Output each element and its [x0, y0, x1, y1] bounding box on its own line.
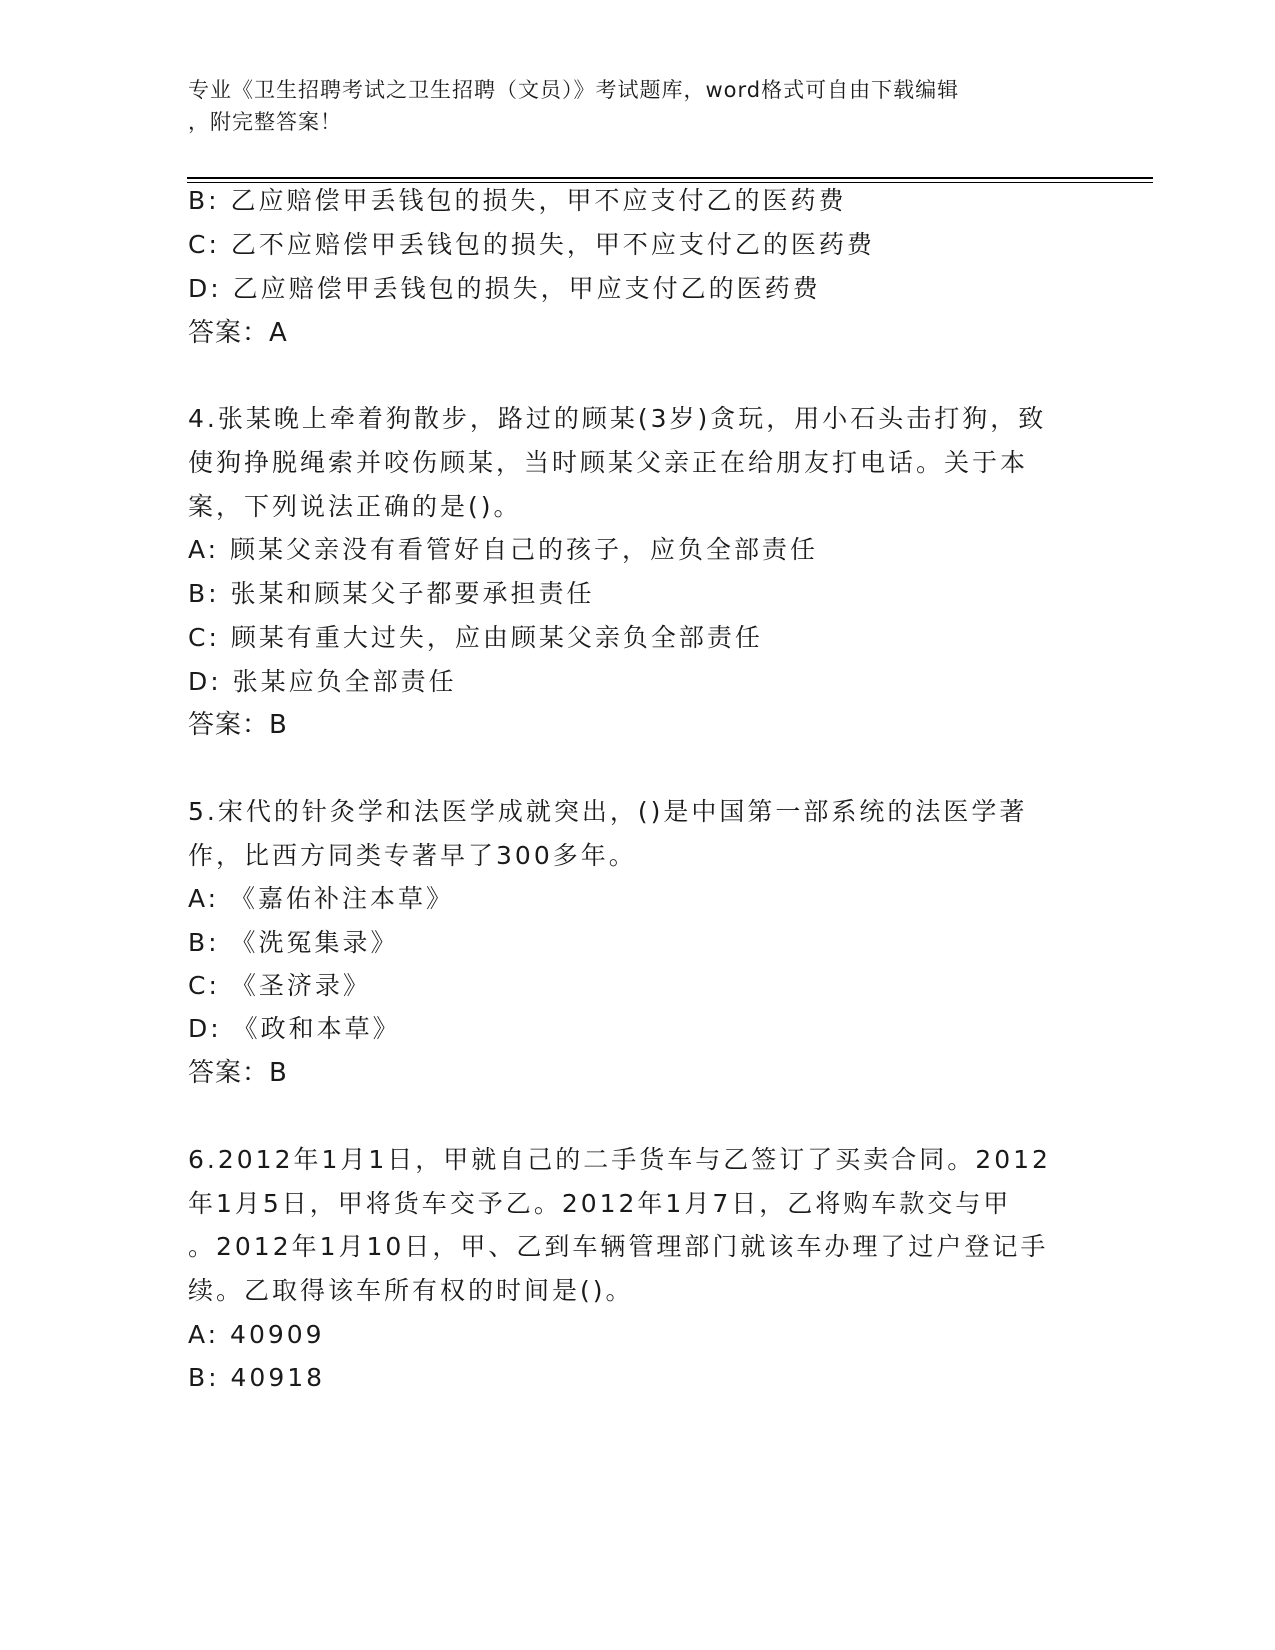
- q6-stem-line-4: 续。乙取得该车所有权的时间是()。: [188, 1275, 634, 1307]
- q5-answer: 答案：B: [188, 1057, 288, 1089]
- q6-option-b: B: 40918: [188, 1362, 325, 1394]
- header-rule-thick: [187, 177, 1153, 179]
- q4-option-b: B: 张某和顾某父子都要承担责任: [188, 578, 595, 610]
- q6-option-a: A: 40909: [188, 1319, 325, 1351]
- q5-option-a: A: 《嘉佑补注本草》: [188, 883, 454, 915]
- q3-option-c: C: 乙不应赔偿甲丢钱包的损失，甲不应支付乙的医药费: [188, 229, 875, 261]
- q3-option-b: B: 乙应赔偿甲丢钱包的损失，甲不应支付乙的医药费: [188, 185, 847, 217]
- q4-option-c: C: 顾某有重大过失，应由顾某父亲负全部责任: [188, 622, 763, 654]
- q6-stem-line-2: 年1月5日，甲将货车交予乙。2012年1月7日，乙将购车款交与甲: [188, 1188, 1011, 1220]
- header-line-2: ，附完整答案！: [188, 106, 1068, 138]
- q5-option-c: C: 《圣济录》: [188, 970, 371, 1002]
- q5-option-d: D: 《政和本草》: [188, 1013, 401, 1045]
- header-rule-thin: [187, 182, 1153, 183]
- document-header: 专业《卫生招聘考试之卫生招聘（文员）》考试题库，word格式可自由下载编辑 ，附…: [188, 74, 1068, 138]
- q3-option-d: D: 乙应赔偿甲丢钱包的损失，甲应支付乙的医药费: [188, 273, 821, 305]
- q4-answer: 答案：B: [188, 709, 288, 741]
- q6-stem-line-1: 6.2012年1月1日，甲就自己的二手货车与乙签订了买卖合同。2012: [188, 1144, 1051, 1176]
- q4-stem-line-3: 案，下列说法正确的是()。: [188, 491, 522, 523]
- q4-option-a: A: 顾某父亲没有看管好自己的孩子，应负全部责任: [188, 534, 818, 566]
- q4-stem-line-1: 4.张某晚上牵着狗散步，路过的顾某(3岁)贪玩，用小石头击打狗，致: [188, 403, 1046, 435]
- q3-answer: 答案：A: [188, 317, 288, 349]
- q4-option-d: D: 张某应负全部责任: [188, 666, 457, 698]
- q5-option-b: B: 《洗冤集录》: [188, 927, 399, 959]
- header-line-1: 专业《卫生招聘考试之卫生招聘（文员）》考试题库，word格式可自由下载编辑: [188, 74, 1068, 106]
- q4-stem-line-2: 使狗挣脱绳索并咬伤顾某，当时顾某父亲正在给朋友打电话。关于本: [188, 447, 1028, 479]
- q5-stem-line-2: 作，比西方同类专著早了300多年。: [188, 840, 637, 872]
- q5-stem-line-1: 5.宋代的针灸学和法医学成就突出，()是中国第一部系统的法医学著: [188, 796, 1027, 828]
- q6-stem-line-3: 。2012年1月10日，甲、乙到车辆管理部门就该车办理了过户登记手: [188, 1231, 1048, 1263]
